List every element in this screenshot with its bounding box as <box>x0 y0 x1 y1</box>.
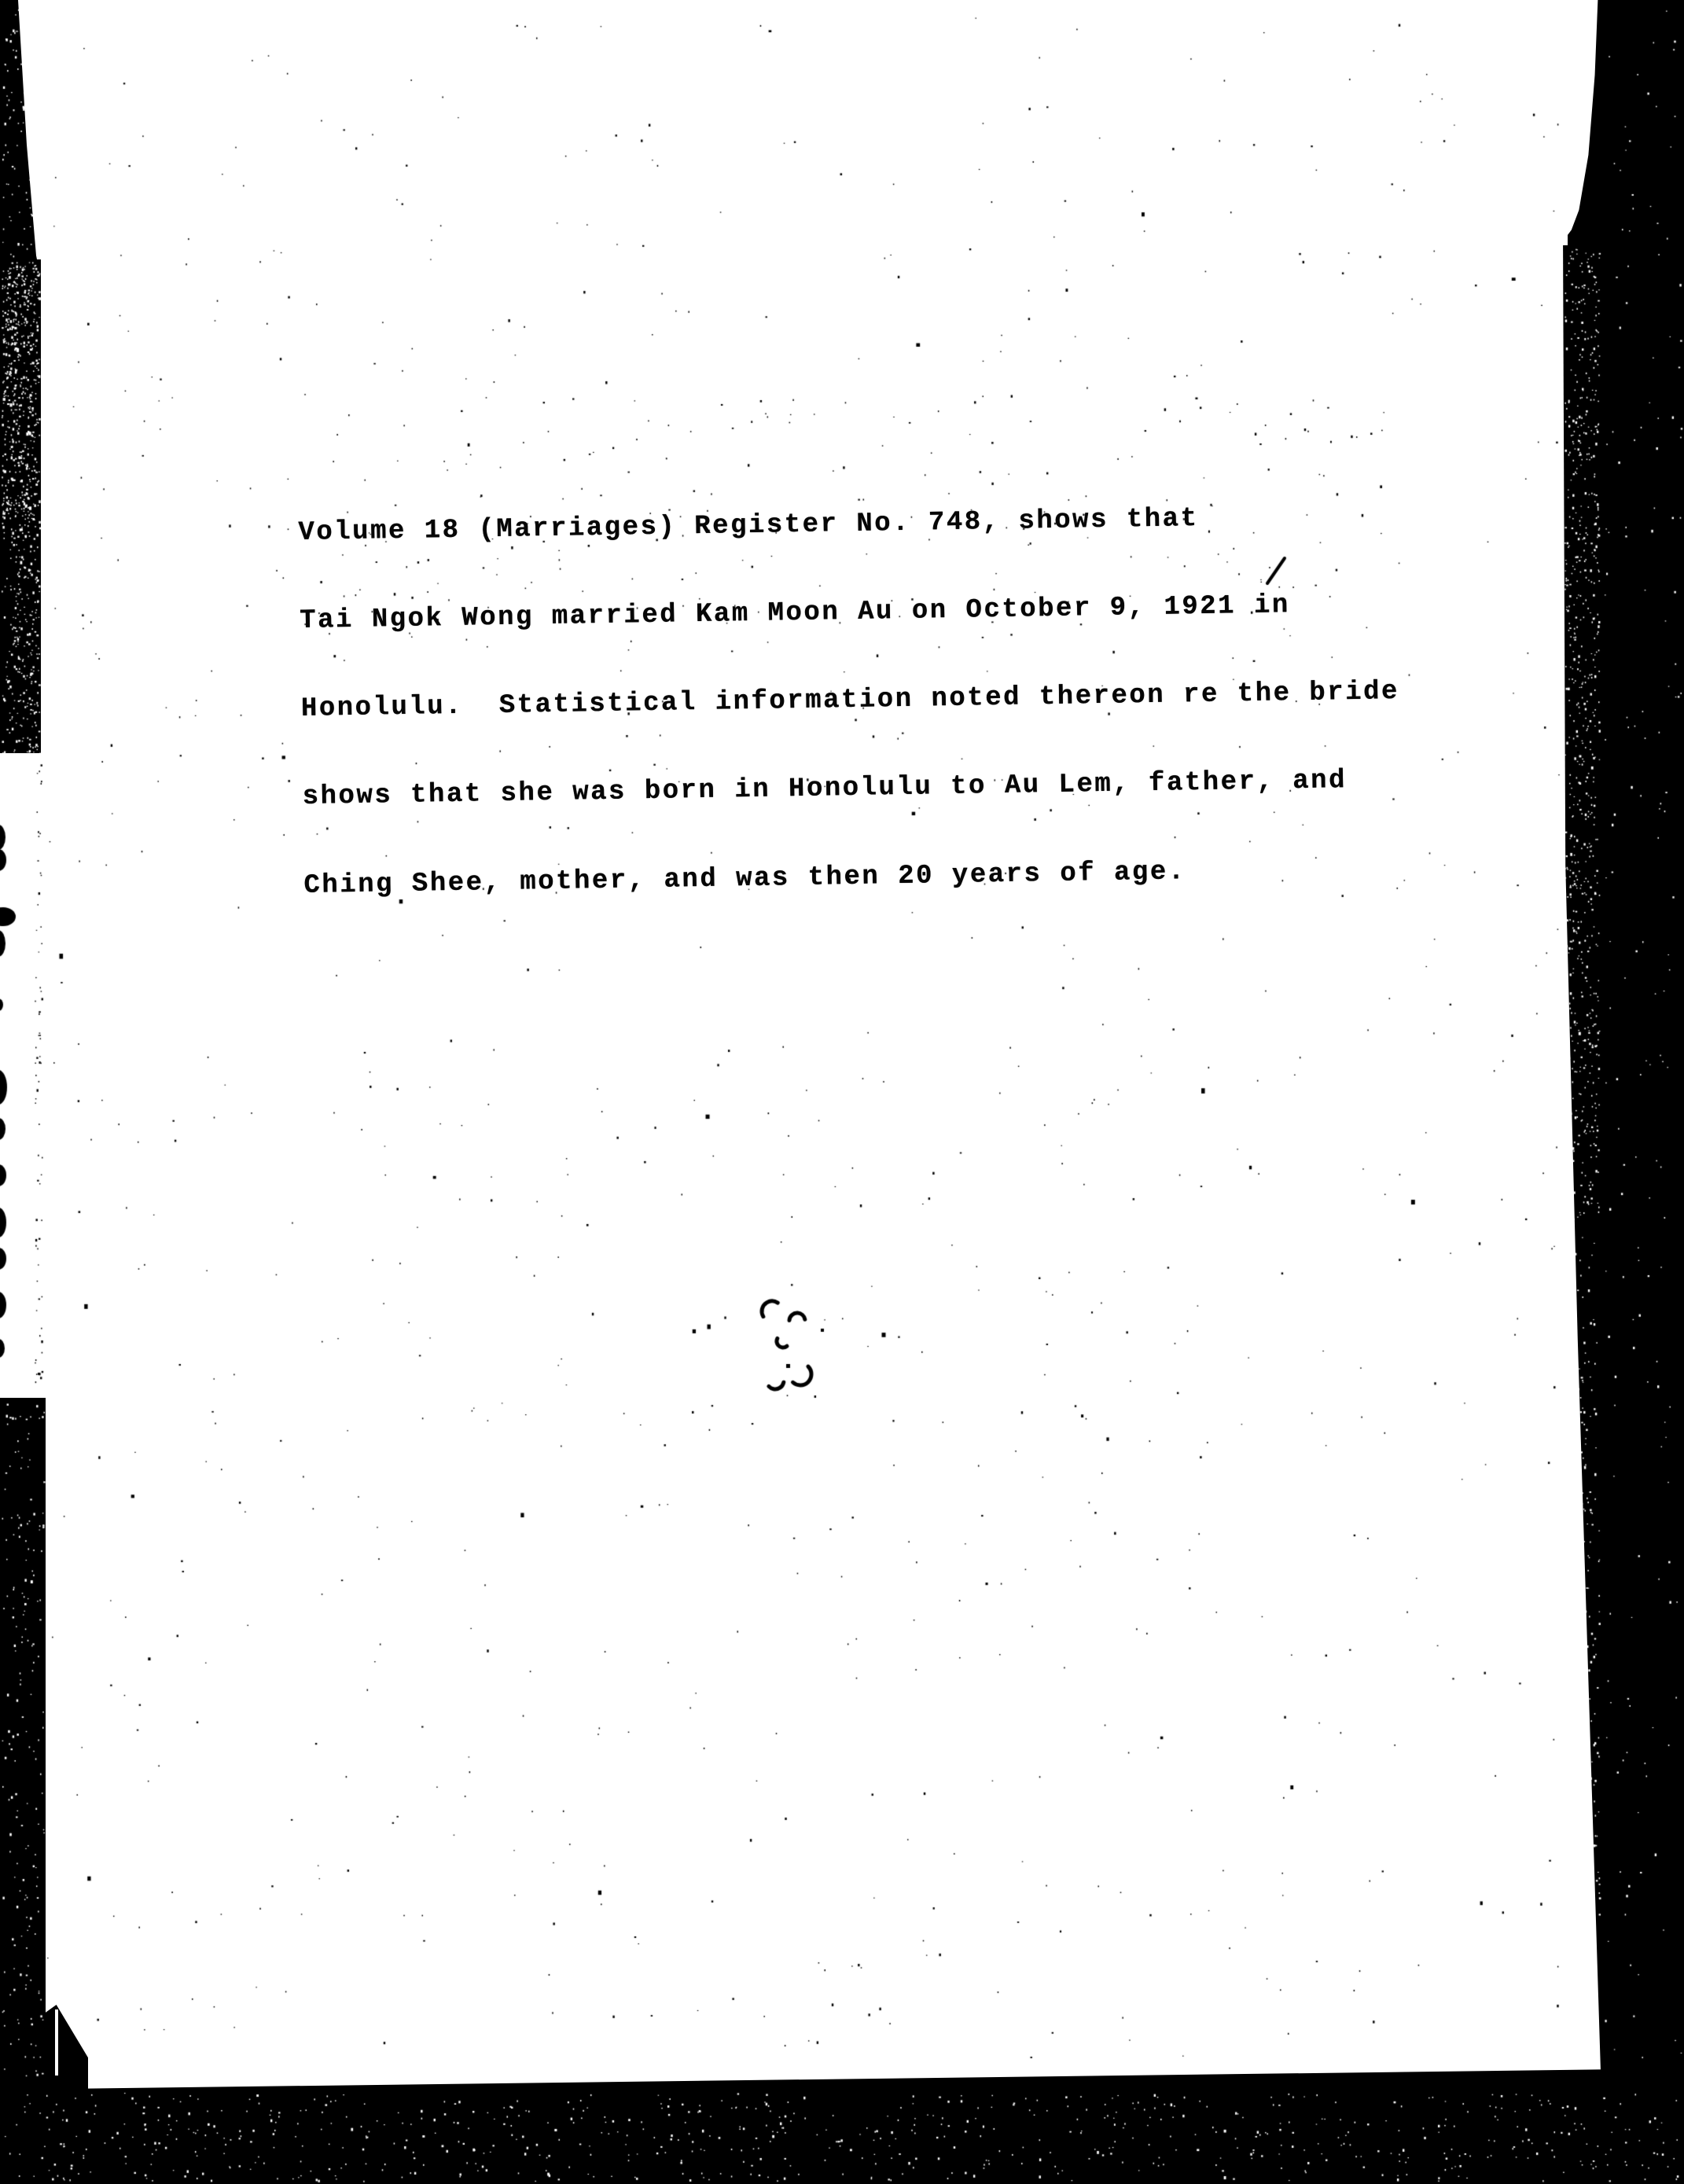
typed-paragraph: Volume 18 (Marriages) Register No. 748, … <box>297 443 1403 960</box>
scan-border-right-solid <box>1601 0 1684 2184</box>
scan-border-left-strip <box>0 259 41 753</box>
scan-border-right-speckle-band <box>1561 245 1602 2069</box>
scanned-document-page: Volume 18 (Marriages) Register No. 748, … <box>0 0 1684 2184</box>
scan-border-right-top-wedge <box>1568 0 1605 250</box>
text-line-1: Volume 18 (Marriages) Register No. 748, … <box>298 502 1397 548</box>
scan-left-corner-gap <box>55 2009 58 2076</box>
scan-border-left-corner-tab <box>44 2005 88 2093</box>
text-line-2: Tai Ngok Wong married Kam Moon Au on Oct… <box>300 590 1399 636</box>
scan-border-bottom-bar <box>0 2066 1684 2184</box>
scan-noise-layer <box>0 0 1684 2184</box>
text-line-4: shows that she was born in Honolulu to A… <box>302 766 1401 812</box>
text-line-3: Honolulu. Statistical information noted … <box>301 678 1400 724</box>
text-line-5: Ching Shee, mother, and was then 20 year… <box>303 855 1403 901</box>
scan-border-left-top-wedge <box>0 0 38 263</box>
scan-border-left-lower-strip <box>0 1398 46 2090</box>
